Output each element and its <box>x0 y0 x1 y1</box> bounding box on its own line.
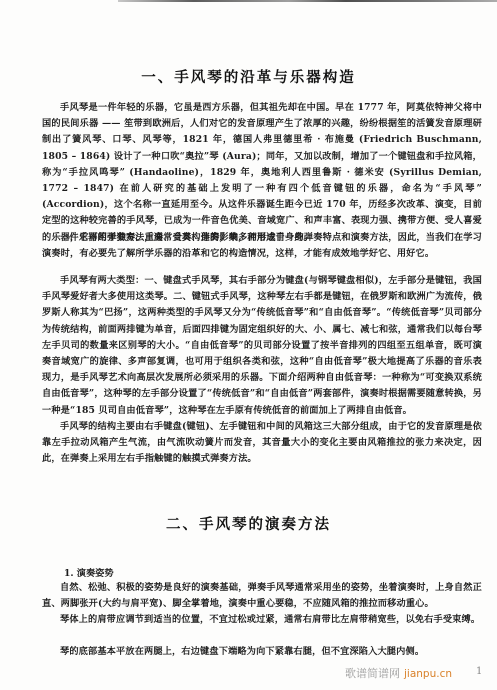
section2-paragraph-2: 琴体上的肩带应调节到适当的位置，不宜过松或过紧，通常右肩带比左肩带稍宽些，以免右… <box>42 612 482 628</box>
page-number: 1 <box>476 666 482 677</box>
section2-title: 二、手风琴的演奏方法 <box>0 513 497 534</box>
section1-paragraph-3: 手风琴有两大类型：一、键盘式手风琴，其右手部分为键盘(与钢琴键盘相似)，左手部分… <box>42 273 482 419</box>
watermark-url: jianpu.cn <box>404 668 452 680</box>
section1-paragraph-2: 一件乐器的弹奏方法，通常受其构造的影响，而形成自身的弹奏特点和演奏方法，因此，当… <box>42 230 482 262</box>
section1-title: 一、手风琴的沿革与乐器构造 <box>0 66 497 87</box>
section1-paragraph-4: 手风琴的结构主要由右手键盘(键钮)、左手键钮和中间的风箱这三大部分组成，由于它的… <box>42 419 482 468</box>
section2-subheading: 1. 演奏姿势 <box>64 565 114 579</box>
site-watermark: 歌谱简谱网jianpu.cn <box>345 665 452 681</box>
section1-paragraph-1: 手风琴是一件年轻的乐器，它虽是西方乐器，但其祖先却在中国。早在 1777 年，阿… <box>42 100 482 246</box>
section2-paragraph-3: 琴的底部基本平放在两腿上，右边键盘下端略为向下紧靠右腿，但不宜深陷入大腿内侧。 <box>42 644 482 660</box>
section2-paragraph-1: 自然、松弛、积极的姿势是良好的演奏基础，弹奏手风琴通常采用坐的姿势，坐着演奏时，… <box>42 580 482 612</box>
watermark-text: 歌谱简谱网 <box>345 667 400 680</box>
document-page: 一、手风琴的沿革与乐器构造 手风琴是一件年轻的乐器，它虽是西方乐器，但其祖先却在… <box>0 0 497 690</box>
top-rule-divider <box>118 0 497 2</box>
